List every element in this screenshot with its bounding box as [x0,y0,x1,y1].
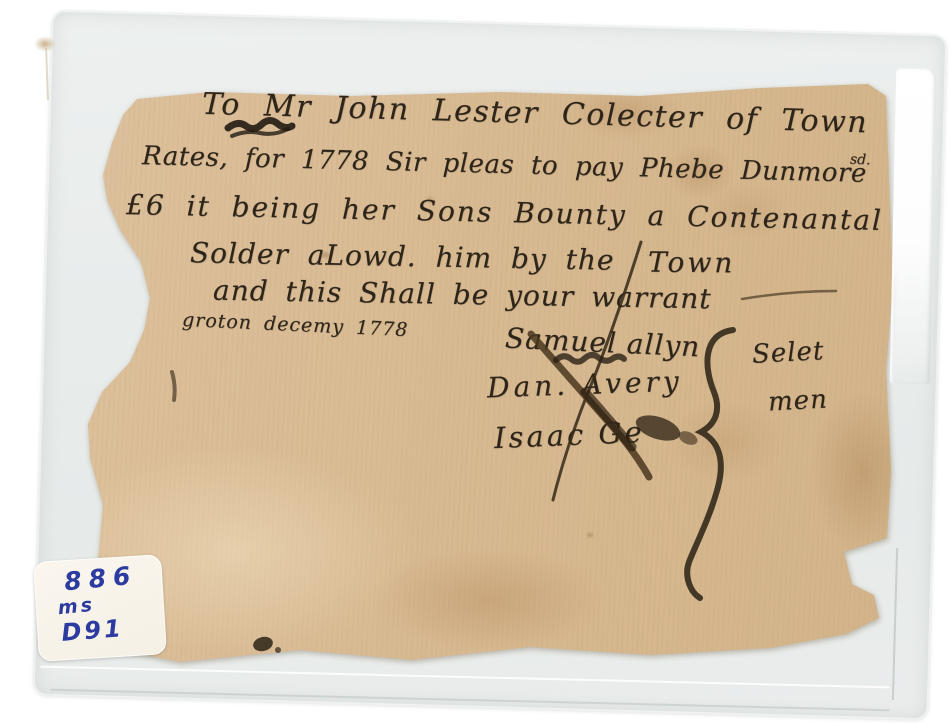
sticker-number: 886 [63,560,139,596]
selectmen-word-2: men [767,384,828,417]
catalog-sticker: 886 ms D91 [33,554,167,662]
sticker-ms: ms [57,594,96,619]
signature-dan-avery: Dan. Avery [486,365,683,405]
sticker-shelfmark: D91 [60,614,124,647]
signature-isaac-ge: Isaac Ge [493,415,645,455]
manuscript-superscript: sd. [850,152,871,169]
sleeve-reflection-strip [890,68,937,385]
selectmen-word-1: Selet [751,336,825,370]
manuscript-line-4-town: Town [648,246,736,280]
photograph-of-manuscript: To Mr John Lester Colecter of Town Rates… [0,0,950,725]
